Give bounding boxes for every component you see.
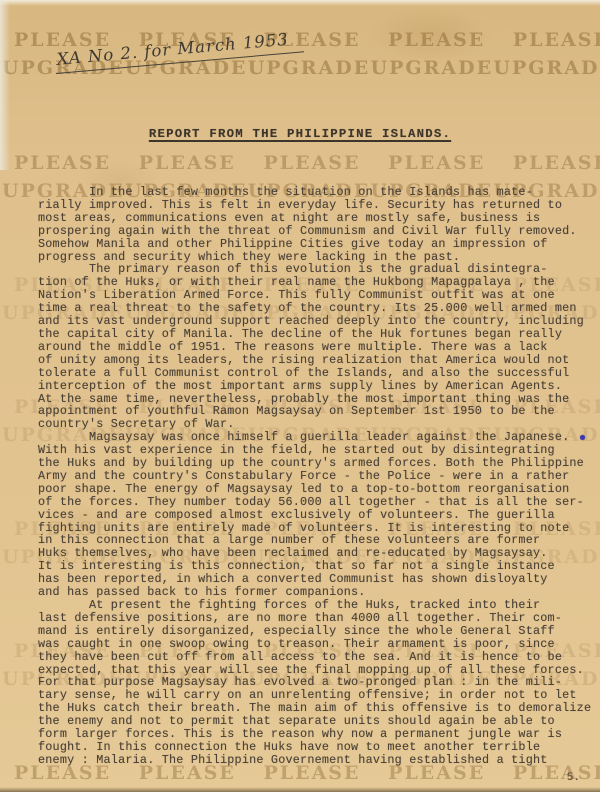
blue-ink-dot (580, 435, 585, 440)
watermark-word: UPGRADE (248, 59, 371, 78)
page-number: 5. (567, 772, 580, 784)
watermark-word: PLEASE (388, 31, 485, 50)
paragraph: In the last few months the situation on … (38, 186, 584, 263)
paragraph: At present the fighting forces of the Hu… (38, 599, 584, 767)
watermark-word: PLEASE (139, 154, 236, 173)
paragraph: The primary reason of this evolution is … (38, 263, 584, 431)
watermark-word: PLEASE (263, 154, 360, 173)
watermark-word: UPGRADE (371, 59, 494, 78)
watermark-word: PLEASE (14, 154, 111, 173)
page-edge-top (0, 0, 600, 6)
document-page: PLEASEPLEASEPLEASEPLEASEPLEASEUPGRADEUPG… (0, 0, 600, 792)
watermark-word: UPGRADE (493, 59, 600, 78)
watermark-word: PLEASE (513, 31, 600, 50)
document-body: In the last few months the situation on … (38, 186, 584, 767)
paragraph: Magsaysay was once himself a guerilla le… (38, 431, 584, 599)
watermark-row: PLEASEPLEASEPLEASEPLEASEPLEASE (14, 154, 600, 173)
handwritten-annotation: XA No 2. for March 1953 (54, 28, 304, 74)
page-edge-bottom (0, 787, 600, 792)
report-title: REPORT FROM THE PHILIPPINE ISLANDS. (149, 127, 451, 141)
page-edge-left (0, 0, 10, 170)
watermark-word: PLEASE (388, 154, 485, 173)
watermark-word: PLEASE (513, 154, 600, 173)
title-row: REPORT FROM THE PHILIPPINE ISLANDS. (0, 124, 600, 142)
